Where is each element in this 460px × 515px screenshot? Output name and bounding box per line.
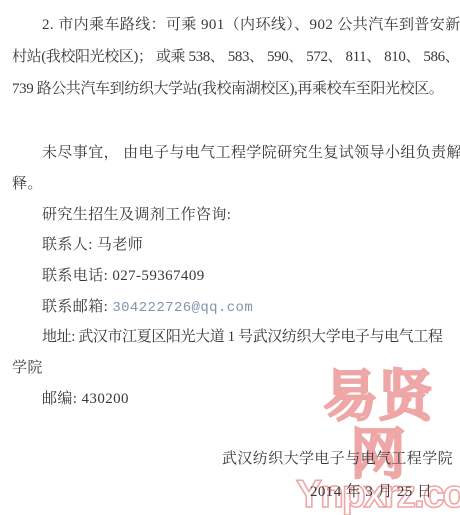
contact-phone: 联系电话: 027-59367409 [42,266,205,286]
contact-person: 联系人: 马老师 [42,235,143,255]
address-line-2: 学院 [12,358,43,378]
contact-email-row: 联系邮箱: 304222726@qq.com [42,297,253,318]
consult-heading: 研究生招生及调剂工作咨询: [42,205,231,225]
bus-route-line-3: 739 路公共汽车到纺织大学站(我校南湖校区),再乘校车至阳光校区。 [12,79,443,99]
bus-route-line-2: 村站(我校阳光校区)； 或乘 538、 583、 590、 572、 811、 … [12,47,459,67]
address-line-1: 地址: 武汉市江夏区阳光大道 1 号武汉纺织大学电子与电气工程 [42,327,443,347]
date: 2014 年 3 月 25 日 [310,482,432,502]
contact-email-label: 联系邮箱: [42,299,112,315]
postcode: 邮编: 430200 [42,389,129,409]
signature: 武汉纺织大学电子与电气工程学院 [222,449,453,469]
bus-route-line-1: 2. 市内乘车路线：可乘 901（内环线）、902 公共汽车到普安新 [42,15,460,35]
disclaimer-line-1: 未尽事宜， 由电子与电气工程学院研究生复试领导小组负责解 [42,143,460,163]
contact-email-link[interactable]: 304222726@qq.com [112,300,253,316]
document-page: 易贤网 Ynpxrz.com 2. 市内乘车路线：可乘 901（内环线）、902… [0,0,460,515]
disclaimer-line-2: 释。 [12,174,43,194]
